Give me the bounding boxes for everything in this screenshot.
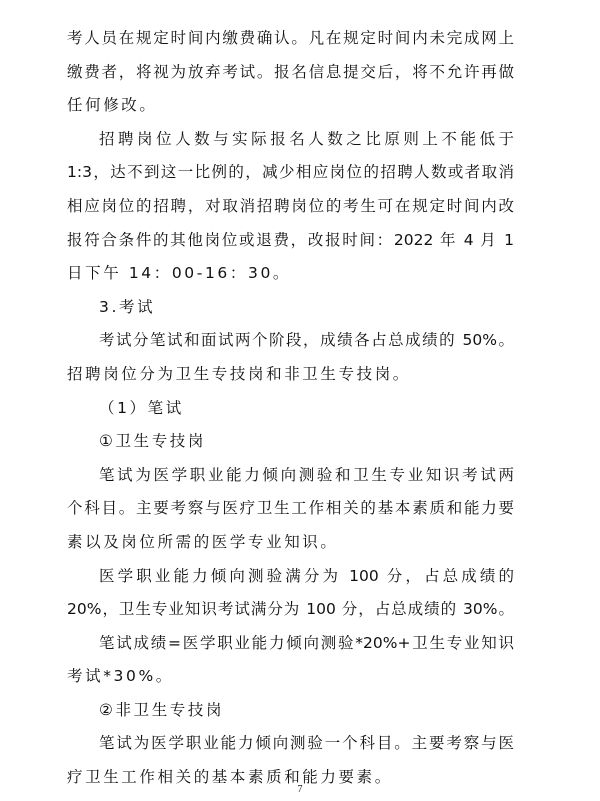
text-line: 考试分笔试和面试两个阶段，成绩各占总成绩的 50%。 [67, 324, 514, 358]
text-line: 日下午 14：00-16：30。 [67, 257, 514, 291]
text-line: 招聘岗位人数与实际报名人数之比原则上不能低于 [67, 123, 514, 157]
text-line: 相应岗位的招聘，对取消招聘岗位的考生可在规定时间内改 [67, 190, 514, 224]
document-page: 考人员在规定时间内缴费确认。凡在规定时间内未完成网上 缴费者，将视为放弃考试。报… [0, 0, 600, 801]
text-line: 素以及岗位所需的医学专业知识。 [67, 526, 514, 560]
text-line: 招聘岗位分为卫生专技岗和非卫生专技岗。 [67, 358, 514, 392]
text-line: 任何修改。 [67, 89, 514, 123]
text-line: 1:3，达不到这一比例的，减少相应岗位的招聘人数或者取消 [67, 156, 514, 190]
subsection-heading: （1）笔试 [67, 392, 514, 426]
subsection-heading: ①卫生专技岗 [67, 425, 514, 459]
section-heading: 3.考试 [67, 291, 514, 325]
body-text: 考人员在规定时间内缴费确认。凡在规定时间内未完成网上 缴费者，将视为放弃考试。报… [67, 22, 514, 795]
subsection-heading: ②非卫生专技岗 [67, 694, 514, 728]
page-number: 7 [0, 784, 600, 795]
text-line: 考试*30%。 [67, 660, 514, 694]
text-line: 20%，卫生专业知识考试满分为 100 分，占总成绩的 30%。 [67, 593, 514, 627]
text-line: 报符合条件的其他岗位或退费，改报时间：2022 年 4 月 1 [67, 224, 514, 258]
text-line: 笔试成绩=医学职业能力倾向测验*20%+卫生专业知识 [67, 627, 514, 661]
text-line: 医学职业能力倾向测验满分为 100 分，占总成绩的 [67, 560, 514, 594]
text-line: 个科目。主要考察与医疗卫生工作相关的基本素质和能力要 [67, 492, 514, 526]
text-line: 缴费者，将视为放弃考试。报名信息提交后，将不允许再做 [67, 56, 514, 90]
text-line: 考人员在规定时间内缴费确认。凡在规定时间内未完成网上 [67, 22, 514, 56]
text-line: 笔试为医学职业能力倾向测验和卫生专业知识考试两 [67, 459, 514, 493]
text-line: 笔试为医学职业能力倾向测验一个科目。主要考察与医 [67, 727, 514, 761]
